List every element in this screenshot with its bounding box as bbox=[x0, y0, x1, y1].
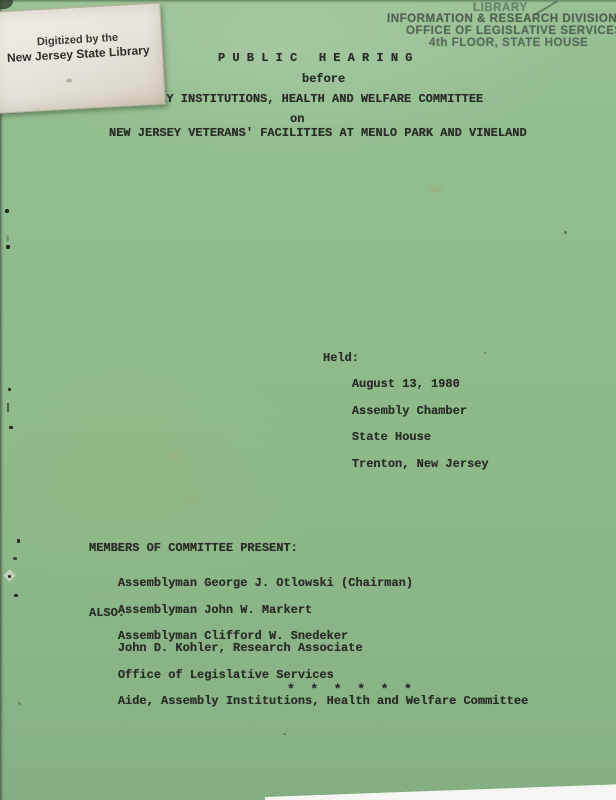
held-place: Assembly Chamber bbox=[352, 404, 467, 418]
held-block: Held: August 13, 1980 Assembly Chamber S… bbox=[323, 352, 489, 484]
title-before: before bbox=[302, 73, 345, 86]
speck bbox=[283, 733, 286, 735]
asterisk-separator: * * * * * * bbox=[287, 683, 412, 696]
corner-stain bbox=[0, 0, 13, 9]
held-building: State House bbox=[352, 430, 431, 444]
staple-hole bbox=[8, 575, 11, 578]
edge-smudge bbox=[6, 235, 9, 242]
staple-hole bbox=[9, 426, 13, 429]
staple-hole bbox=[8, 388, 11, 391]
stain-mark bbox=[165, 450, 183, 462]
staple-mark bbox=[7, 403, 9, 412]
stamp-line-office: OFFICE OF LEGISLATIVE SERVICES bbox=[406, 25, 616, 37]
also-list: John D. Kohler, Research Associate Offic… bbox=[89, 629, 528, 721]
staple-hole bbox=[14, 594, 18, 597]
speck bbox=[18, 702, 21, 705]
stain-mark bbox=[428, 185, 442, 193]
scanner-background bbox=[265, 783, 616, 800]
stamp-line-division: INFORMATION & RESEARCH DIVISION bbox=[387, 13, 616, 25]
stamp-line-floor: 4th FLOOR, STATE HOUSE bbox=[429, 37, 588, 49]
held-label: Held: bbox=[323, 351, 359, 365]
hearing-cover-page: LIBRARY INFORMATION & RESEARCH DIVISION … bbox=[0, 0, 616, 800]
held-city: Trenton, New Jersey bbox=[352, 457, 489, 471]
also-label: ALSO: bbox=[89, 607, 125, 620]
member-name: Assemblyman George J. Otlowski (Chairman… bbox=[118, 576, 413, 590]
also-line: John D. Kohler, Research Associate bbox=[118, 641, 363, 655]
members-heading: MEMBERS OF COMMITTEE PRESENT: bbox=[89, 542, 298, 555]
staple-hole bbox=[13, 557, 17, 560]
held-date: August 13, 1980 bbox=[352, 377, 460, 391]
page-left-edge-shadow bbox=[0, 0, 4, 800]
member-name: Assemblyman John W. Markert bbox=[118, 603, 312, 617]
stain-mark bbox=[185, 495, 199, 505]
also-line: Office of Legislative Services bbox=[118, 668, 334, 682]
staple-hole bbox=[6, 245, 10, 249]
staple-hole bbox=[5, 209, 9, 213]
title-committee: ASSEMBLY INSTITUTIONS, HEALTH AND WELFAR… bbox=[116, 93, 483, 106]
speck bbox=[484, 352, 486, 354]
speck bbox=[564, 231, 567, 234]
sticker-smudge bbox=[66, 78, 72, 82]
page-title: P U B L I C H E A R I N G bbox=[218, 52, 412, 65]
title-on: on bbox=[290, 113, 304, 126]
digitized-sticker: Digitized by the New Jersey State Librar… bbox=[0, 2, 166, 113]
staple-hole bbox=[17, 539, 20, 543]
title-subject: NEW JERSEY VETERANS' FACILITIES AT MENLO… bbox=[109, 127, 527, 140]
